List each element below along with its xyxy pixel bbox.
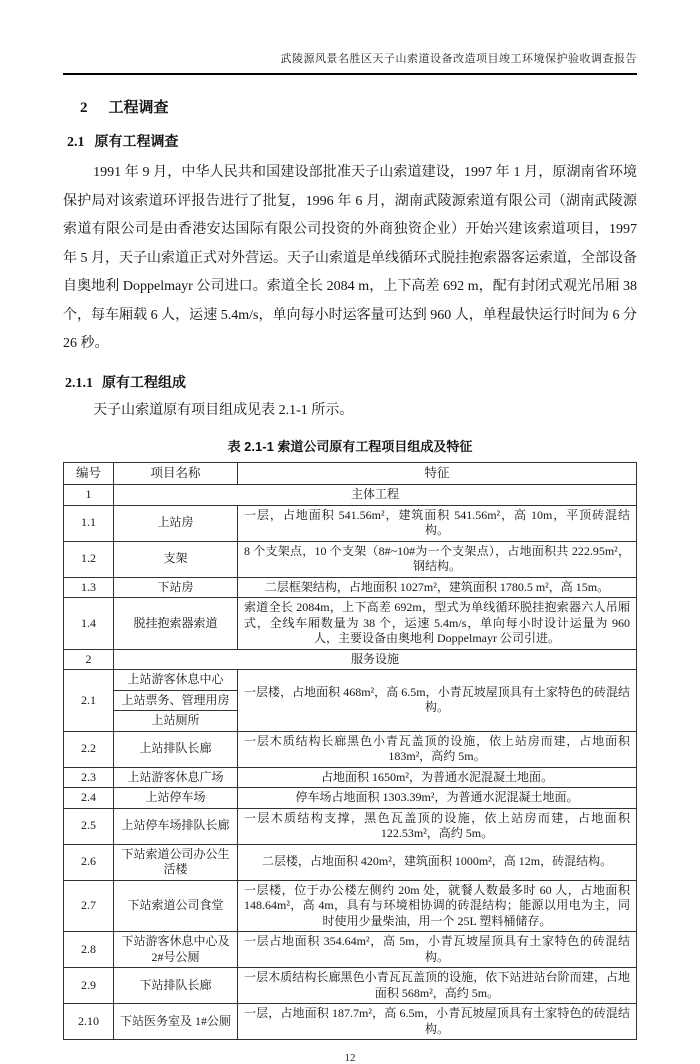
cell-feature: 一层木质结构支撑，黑色瓦盖顶的设施，依上站房而建，占地面积 122.53m²，高… bbox=[238, 808, 637, 844]
cell-no: 2.1 bbox=[64, 670, 114, 732]
column-header-no: 编号 bbox=[64, 463, 114, 485]
cell-no: 2.8 bbox=[64, 932, 114, 968]
cell-feature: 8 个支架点，10 个支架（8#~10#为一个支架点），占地面积共 222.95… bbox=[238, 541, 637, 577]
cell-no: 2.9 bbox=[64, 968, 114, 1004]
cell-feature: 一层木质结构长廊黑色小青瓦盖顶的设施，依上站房而建，占地面积 183m²，高约 … bbox=[238, 731, 637, 767]
cell-feature: 一层木质结构长廊黑色小青瓦瓦盖顶的设施，依下站进站台阶而建，占地面积 568m²… bbox=[238, 968, 637, 1004]
paragraph-table-reference: 天子山索道原有项目组成见表 2.1-1 所示。 bbox=[63, 397, 637, 426]
cell-feature: 二层框架结构，占地面积 1027m²，建筑面积 1780.5 m²，高 15m。 bbox=[238, 577, 637, 598]
table-section-row: 1 主体工程 bbox=[64, 485, 637, 506]
table-row: 1.1 上站房 一层，占地面积 541.56m²，建筑面积 541.56m²，高… bbox=[64, 505, 637, 541]
cell-section: 主体工程 bbox=[114, 485, 637, 506]
cell-no: 2.4 bbox=[64, 788, 114, 809]
cell-name: 下站房 bbox=[114, 577, 238, 598]
table-row: 2.2 上站排队长廊 一层木质结构长廊黑色小青瓦盖顶的设施，依上站房而建，占地面… bbox=[64, 731, 637, 767]
column-header-name: 项目名称 bbox=[114, 463, 238, 485]
cell-feature: 一层楼，位于办公楼左侧约 20m 处，就餐人数最多时 60 人，占地面积 148… bbox=[238, 880, 637, 932]
cell-no: 2.6 bbox=[64, 844, 114, 880]
heading-section-2-1: 2.1原有工程调查 bbox=[63, 131, 637, 151]
cell-name: 下站医务室及 1#公厕 bbox=[114, 1004, 238, 1040]
running-header-text: 武陵源风景名胜区天子山索道设备改造项目竣工环境保护验收调查报告 bbox=[281, 53, 638, 65]
heading-title: 原有工程调查 bbox=[95, 133, 179, 149]
table-row: 2.1 上站游客休息中心 一层楼，占地面积 468m²，高 6.5m，小青瓦坡屋… bbox=[64, 670, 637, 691]
heading-number: 2 bbox=[80, 100, 88, 116]
table-row: 2.4 上站停车场 停车场占地面积 1303.39m²，为普通水泥混凝土地面。 bbox=[64, 788, 637, 809]
table-caption: 表 2.1-1 索道公司原有工程项目组成及特征 bbox=[63, 436, 637, 455]
cell-name: 上站房 bbox=[114, 505, 238, 541]
paragraph-project-history: 1991 年 9 月，中华人民共和国建设部批准天子山索道建设，1997 年 1 … bbox=[63, 159, 637, 359]
table-row: 2.7 下站索道公司食堂 一层楼，位于办公楼左侧约 20m 处，就餐人数最多时 … bbox=[64, 880, 637, 932]
cell-no: 2.2 bbox=[64, 731, 114, 767]
cell-name: 支架 bbox=[114, 541, 238, 577]
cell-name: 下站排队长廊 bbox=[114, 968, 238, 1004]
cell-no: 2.5 bbox=[64, 808, 114, 844]
cell-no: 1.4 bbox=[64, 598, 114, 650]
cell-name: 上站游客休息中心 bbox=[114, 670, 238, 691]
cell-name: 下站索道公司办公生活楼 bbox=[114, 844, 238, 880]
cell-no: 2.7 bbox=[64, 880, 114, 932]
cell-name: 上站排队长廊 bbox=[114, 731, 238, 767]
table-section-row: 2 服务设施 bbox=[64, 649, 637, 670]
cell-no: 2.10 bbox=[64, 1004, 114, 1040]
table-row: 2.9 下站排队长廊 一层木质结构长廊黑色小青瓦瓦盖顶的设施，依下站进站台阶而建… bbox=[64, 968, 637, 1004]
cell-feature: 一层占地面积 354.64m²，高 5m，小青瓦坡屋顶具有土家特色的砖混结构。 bbox=[238, 932, 637, 968]
table-row: 2.8 下站游客休息中心及 2#号公厕 一层占地面积 354.64m²，高 5m… bbox=[64, 932, 637, 968]
table-row: 2.10 下站医务室及 1#公厕 一层，占地面积 187.7m²，高 6.5m，… bbox=[64, 1004, 637, 1040]
heading-title: 原有工程组成 bbox=[102, 374, 186, 390]
cell-feature: 停车场占地面积 1303.39m²，为普通水泥混凝土地面。 bbox=[238, 788, 637, 809]
page-number: 12 bbox=[63, 1052, 637, 1064]
cell-section: 服务设施 bbox=[114, 649, 637, 670]
cell-name: 下站索道公司食堂 bbox=[114, 880, 238, 932]
table-row: 2.5 上站停车场排队长廊 一层木质结构支撑，黑色瓦盖顶的设施，依上站房而建，占… bbox=[64, 808, 637, 844]
table-row: 1.2 支架 8 个支架点，10 个支架（8#~10#为一个支架点），占地面积共… bbox=[64, 541, 637, 577]
cell-no: 1 bbox=[64, 485, 114, 506]
heading-section-2-1-1: 2.1.1原有工程组成 bbox=[63, 372, 637, 392]
column-header-feature: 特征 bbox=[238, 463, 637, 485]
cell-feature: 一层，占地面积 541.56m²，建筑面积 541.56m²，高 10m，平顶砖… bbox=[238, 505, 637, 541]
heading-section-2: 2工程调查 bbox=[63, 96, 637, 117]
cell-feature: 二层楼，占地面积 420m²，建筑面积 1000m²，高 12m，砖混结构。 bbox=[238, 844, 637, 880]
table-row: 2.3 上站游客休息广场 占地面积 1650m²，为普通水泥混凝土地面。 bbox=[64, 767, 637, 788]
cell-name: 上站游客休息广场 bbox=[114, 767, 238, 788]
cell-name: 上站停车场 bbox=[114, 788, 238, 809]
cell-feature: 索道全长 2084m，上下高差 692m，型式为单线循环脱挂抱索器六人吊厢式，全… bbox=[238, 598, 637, 650]
cell-no: 1.2 bbox=[64, 541, 114, 577]
project-composition-table: 编号 项目名称 特征 1 主体工程 1.1 上站房 一层，占地面积 541.56… bbox=[63, 462, 637, 1040]
cell-name: 上站厕所 bbox=[114, 711, 238, 732]
document-page: 武陵源风景名胜区天子山索道设备改造项目竣工环境保护验收调查报告 2工程调查 2.… bbox=[0, 0, 700, 990]
cell-feature: 占地面积 1650m²，为普通水泥混凝土地面。 bbox=[238, 767, 637, 788]
table-row: 1.3 下站房 二层框架结构，占地面积 1027m²，建筑面积 1780.5 m… bbox=[64, 577, 637, 598]
cell-no: 2.3 bbox=[64, 767, 114, 788]
heading-number: 2.1 bbox=[67, 135, 85, 150]
cell-name: 脱挂抱索器索道 bbox=[114, 598, 238, 650]
table-row: 1.4 脱挂抱索器索道 索道全长 2084m，上下高差 692m，型式为单线循环… bbox=[64, 598, 637, 650]
cell-no: 1.3 bbox=[64, 577, 114, 598]
running-header: 武陵源风景名胜区天子山索道设备改造项目竣工环境保护验收调查报告 bbox=[63, 50, 637, 75]
cell-name: 上站停车场排队长廊 bbox=[114, 808, 238, 844]
cell-feature: 一层楼，占地面积 468m²，高 6.5m，小青瓦坡屋顶具有土家特色的砖混结构。 bbox=[238, 670, 637, 732]
table-row: 2.6 下站索道公司办公生活楼 二层楼，占地面积 420m²，建筑面积 1000… bbox=[64, 844, 637, 880]
cell-name: 下站游客休息中心及 2#号公厕 bbox=[114, 932, 238, 968]
heading-title: 工程调查 bbox=[109, 99, 169, 116]
cell-no: 2 bbox=[64, 649, 114, 670]
table-header-row: 编号 项目名称 特征 bbox=[64, 463, 637, 485]
heading-number: 2.1.1 bbox=[65, 376, 93, 391]
cell-name: 上站票务、管理用房 bbox=[114, 690, 238, 711]
cell-feature: 一层，占地面积 187.7m²，高 6.5m，小青瓦坡屋顶具有土家特色的砖混结构… bbox=[238, 1004, 637, 1040]
cell-no: 1.1 bbox=[64, 505, 114, 541]
